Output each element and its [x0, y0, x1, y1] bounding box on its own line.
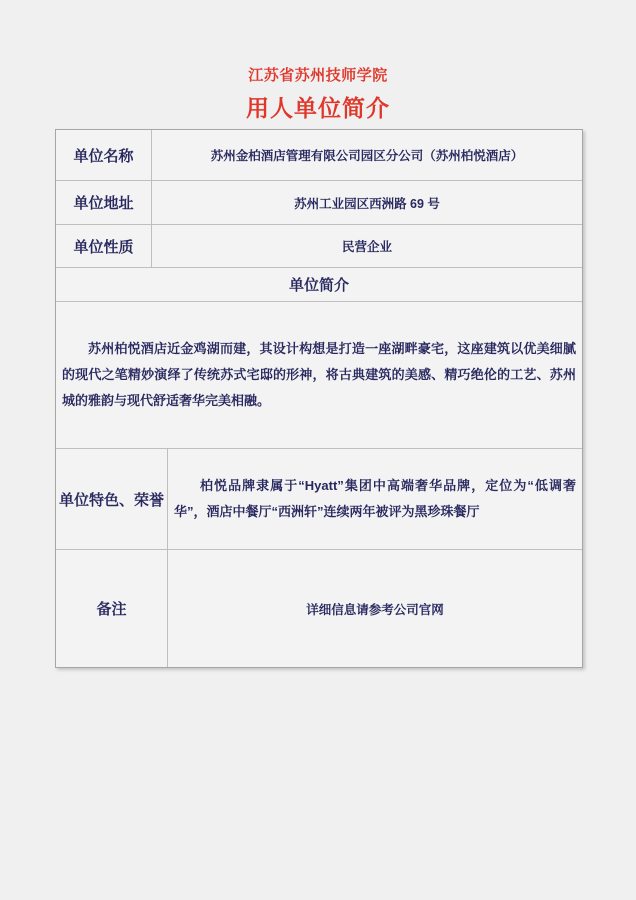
remarks-value: 详细信息请参考公司官网 [168, 550, 582, 667]
row-section-header: 单位简介 [56, 268, 582, 302]
unit-intro-paragraph: 苏州柏悦酒店近金鸡湖而建，其设计构想是打造一座湖畔豪宅，这座建筑以优美细腻的现代… [62, 336, 576, 414]
unit-nature-label: 单位性质 [56, 225, 152, 267]
unit-address-value: 苏州工业园区西洲路 69 号 [152, 181, 582, 224]
unit-name-value: 苏州金柏酒店管理有限公司园区分公司（苏州柏悦酒店） [152, 130, 582, 180]
features-honors-value: 柏悦品牌隶属于“Hyatt”集团中高端奢华品牌，定位为“低调奢华”，酒店中餐厅“… [174, 473, 576, 525]
features-honors-label: 单位特色、荣誉 [56, 449, 168, 549]
employer-info-table: 单位名称 苏州金柏酒店管理有限公司园区分公司（苏州柏悦酒店） 单位地址 苏州工业… [55, 129, 583, 668]
unit-address-label: 单位地址 [56, 181, 152, 224]
row-unit-nature: 单位性质 民营企业 [56, 225, 582, 268]
school-title: 江苏省苏州技师学院 [0, 64, 636, 85]
features-honors-cell: 柏悦品牌隶属于“Hyatt”集团中高端奢华品牌，定位为“低调奢华”，酒店中餐厅“… [168, 449, 582, 549]
unit-intro-cell: 苏州柏悦酒店近金鸡湖而建，其设计构想是打造一座湖畔豪宅，这座建筑以优美细腻的现代… [56, 302, 582, 448]
remarks-label: 备注 [56, 550, 168, 667]
row-remarks: 备注 详细信息请参考公司官网 [56, 550, 582, 667]
document-page: 江苏省苏州技师学院 用人单位简介 单位名称 苏州金柏酒店管理有限公司园区分公司（… [0, 0, 636, 900]
row-unit-intro: 苏州柏悦酒店近金鸡湖而建，其设计构想是打造一座湖畔豪宅，这座建筑以优美细腻的现代… [56, 302, 582, 449]
row-unit-name: 单位名称 苏州金柏酒店管理有限公司园区分公司（苏州柏悦酒店） [56, 130, 582, 181]
page-title: 用人单位简介 [0, 90, 636, 123]
row-features-honors: 单位特色、荣誉 柏悦品牌隶属于“Hyatt”集团中高端奢华品牌，定位为“低调奢华… [56, 449, 582, 550]
unit-name-label: 单位名称 [56, 130, 152, 180]
row-unit-address: 单位地址 苏州工业园区西洲路 69 号 [56, 181, 582, 225]
unit-intro-header: 单位简介 [56, 268, 582, 301]
unit-nature-value: 民营企业 [152, 225, 582, 267]
